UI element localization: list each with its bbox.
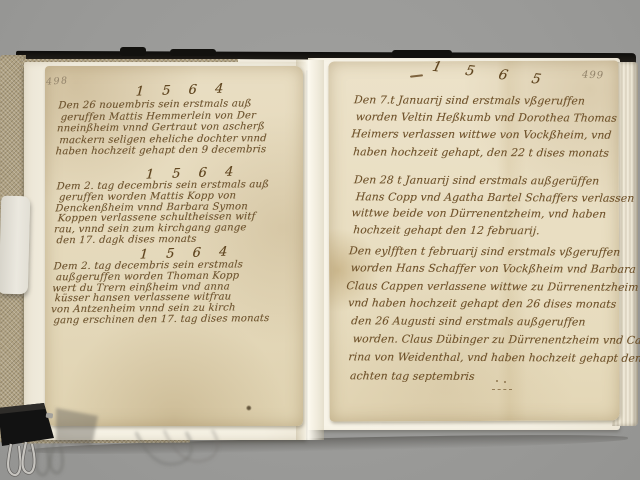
cover-edge-bump: [392, 50, 452, 58]
marriage-entry: Den 7.t Januarij sind erstmals vßgeruffe…: [349, 91, 626, 161]
handwritten-line: Hans Copp vnd Agatha Bartel Schaffers ve…: [355, 189, 625, 207]
handwritten-line: Heimers verlassen wittwe von Vockßheim, …: [351, 126, 624, 145]
handwritten-line: vnd haben hochzeit gehapt den 26 dises m…: [347, 295, 617, 314]
handwritten-line: hochzeit gehapt den 12 februarij.: [353, 222, 623, 240]
marriage-entry: Dem 2. tag decembris sein erstmals außge…: [53, 180, 313, 247]
cover-edge-bump: [170, 49, 216, 56]
binder-clip-shadow: [36, 408, 217, 475]
handwritten-line: Den eylfften t februarij sind erstmals v…: [348, 242, 621, 261]
handwritten-line: wittwe beide von Dürrenentzheim, vnd hab…: [351, 205, 624, 223]
marriage-entry: Den 28 t Januarij sind erstmals außgerüf…: [350, 172, 627, 240]
binder-clip-wire-handles: [8, 442, 34, 475]
handwritten-line: Claus Cappen verlassene wittwe zu Dürren…: [346, 277, 619, 296]
handwritten-line: den 26 Augusti sind erstmals außgeruffen: [350, 312, 623, 332]
marriage-entry: den 26 Augusti sind erstmals außgeruffen…: [346, 312, 623, 386]
page-number-left: 498: [46, 75, 69, 88]
marriage-entry: Den 26 nouembris sein erstmals außgeruff…: [55, 98, 315, 159]
handwritten-line: Den 7.t Januarij sind erstmals vßgeruffe…: [353, 91, 626, 110]
page-number-right: 499: [582, 70, 604, 82]
cover-edge-bump: [120, 47, 146, 56]
binder-clip-body: [0, 403, 54, 446]
manuscript-photo: 498 1 5 6 4 Den 26 nouembris sein erstma…: [0, 0, 640, 480]
handwritten-line: worden Veltin Heßkumb vnd Dorothea Thoma…: [355, 109, 625, 128]
handwritten-line: worden Hans Schaffer von Vockßheim vnd B…: [350, 260, 620, 279]
handwritten-line: Den 28 t Januarij sind erstmals außgerüf…: [353, 172, 626, 190]
marriage-entry: Den eylfften t februarij sind erstmals v…: [344, 242, 621, 313]
page-marker-tab: [0, 196, 30, 295]
binder-clip: [0, 394, 256, 480]
handwritten-line: haben hochzeit gehapt, den 22 t dises mo…: [352, 143, 622, 162]
handwritten-line: rina von Weidenthal, vnd haben hochzeit …: [348, 349, 621, 369]
marriage-entry: Dem 2. tag decembris sein erstmalsaußger…: [50, 260, 310, 327]
flourish-mark: [492, 380, 512, 390]
handwritten-line: worden. Claus Dübinger zu Dürrenentzheim…: [352, 331, 622, 351]
handwritten-line: achten tag septembris: [349, 367, 619, 387]
